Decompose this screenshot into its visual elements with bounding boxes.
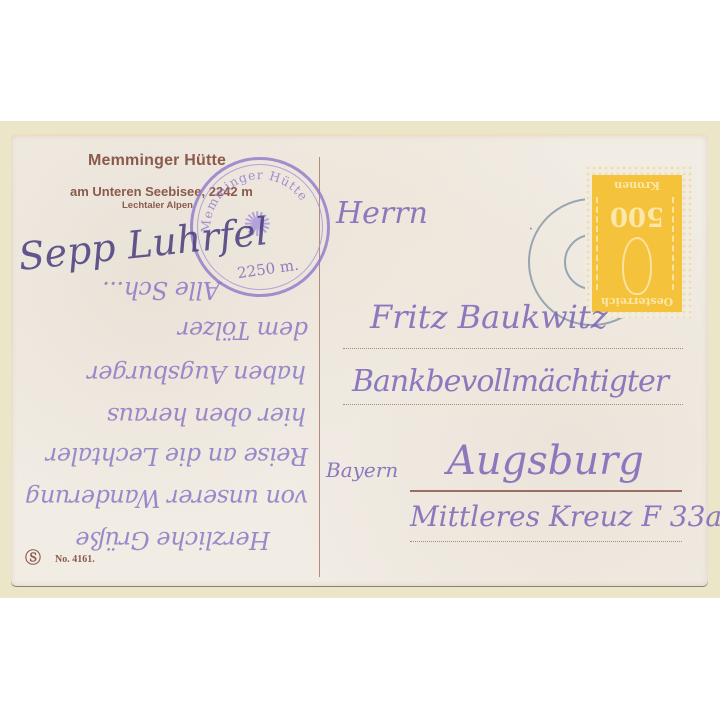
address-line bbox=[343, 348, 683, 349]
message-line: von unserer Wanderung bbox=[26, 484, 308, 512]
message-line: haben Augsburger bbox=[88, 360, 306, 388]
svg-text:BACH: BACH bbox=[530, 217, 538, 285]
postage-stamp: Kronen 500 Oesterreich bbox=[585, 165, 692, 318]
address-line bbox=[343, 404, 683, 405]
wheat-ear-icon bbox=[622, 237, 652, 295]
message-line: Herzliche Grüße bbox=[76, 526, 270, 554]
address-street: Mittleres Kreuz F 33a bbox=[410, 500, 720, 533]
address-title: Bankbevollmächtigter bbox=[352, 364, 668, 399]
address-line bbox=[410, 541, 682, 542]
address-region: Bayern bbox=[326, 458, 398, 482]
handwritten-message: Herzliche Grüße von unserer Wanderung Re… bbox=[14, 258, 310, 558]
message-line: Reise an die Lechtaler bbox=[46, 442, 308, 470]
address-salutation: Herrn bbox=[336, 196, 428, 231]
stamp-value: 500 bbox=[592, 201, 682, 231]
address-underline bbox=[410, 490, 682, 492]
message-line: hier oben heraus bbox=[107, 402, 306, 430]
stamp-top-text: Kronen bbox=[592, 179, 682, 192]
address-city: Augsburg bbox=[447, 438, 644, 484]
message-line: dem Tölzer bbox=[178, 316, 308, 344]
address-name: Fritz Baukwitz bbox=[370, 298, 608, 336]
printed-region: Lechtaler Alpen bbox=[122, 200, 193, 211]
